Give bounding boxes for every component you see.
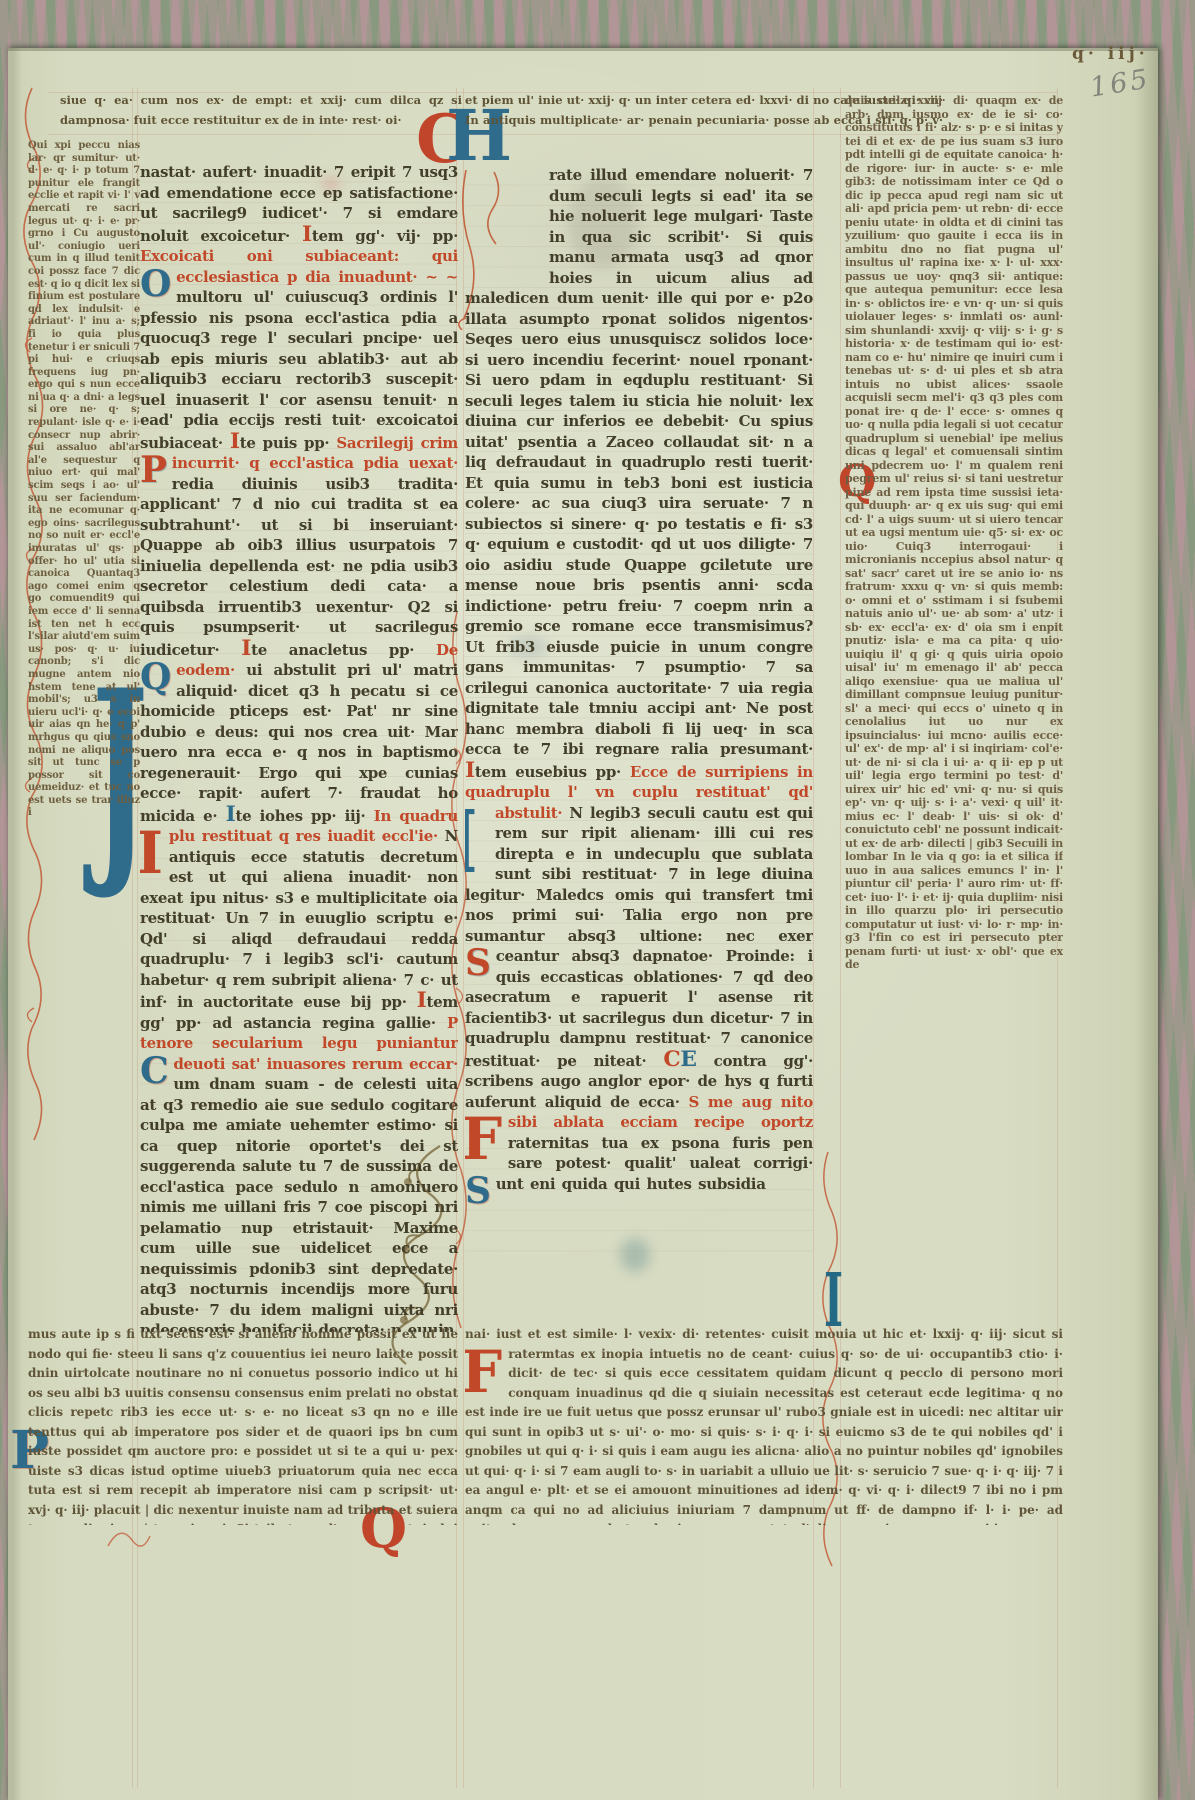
illuminated-initial: Q xyxy=(140,662,171,692)
body-text: redia diuinis usib3 tradita· applicant' … xyxy=(140,475,458,659)
rubric-text: Excoicati oni subiaceant: qui ecclesiast… xyxy=(140,247,458,286)
ruling-line xyxy=(813,88,814,1788)
right-margin-gloss: quis cuilz· xxiij· di· quaqm ex· de arb·… xyxy=(845,94,1063,1394)
folio-number: 165 xyxy=(1088,63,1153,103)
illuminated-initial: I xyxy=(465,803,477,883)
top-gloss-left: siue q· ea· cum nos ex· de empt: et xxij… xyxy=(60,90,462,134)
body-text: ui abstulit pri ul' matri aliquid· dicet… xyxy=(140,661,458,825)
body-text: tem gg'· vij· pp· xyxy=(312,227,458,245)
illuminated-initial: I xyxy=(230,429,240,454)
illuminated-initial: I xyxy=(140,826,163,880)
illuminated-initial: I xyxy=(226,802,236,827)
body-text: ratermtas ex inopia intuetis no de ceant… xyxy=(465,1347,1063,1526)
body-text: te iohes pp· iij· xyxy=(235,807,373,825)
ruling-line xyxy=(463,88,464,1788)
ruling-line xyxy=(840,88,841,1788)
page-top-edge xyxy=(8,48,1158,51)
body-text: N antiquis ecce statutis decretum est ut… xyxy=(140,827,458,1011)
body-text: rate illud emendare noluerit· 7 dum secu… xyxy=(465,166,813,758)
body-text: N legib3 seculi cautu est qui rem sur ri… xyxy=(465,804,813,966)
illuminated-initial: F xyxy=(465,1345,502,1399)
illuminated-initial: S xyxy=(465,1176,491,1206)
body-text: te anacletus pp· xyxy=(251,641,436,659)
illuminated-initial: I xyxy=(241,636,251,661)
illuminated-initial: C xyxy=(663,1047,680,1072)
illuminated-initial: I xyxy=(302,222,312,247)
main-column-2: rate illud emendare noluerit· 7 dum secu… xyxy=(465,165,813,1257)
body-text: te puis pp· xyxy=(240,434,337,452)
left-margin-gloss: Qui xpi peccu nias lar· qr sumitur· ut· … xyxy=(28,140,140,1148)
body-text: unt eni quida qui hutes subsidia xyxy=(496,1175,766,1193)
illuminated-initial: S xyxy=(465,948,491,978)
body-text: multoru ul' cuiuscuq3 ordinis l' pfessio… xyxy=(140,288,458,452)
main-column-1: nastat· aufert· inuadit· 7 eripit 7 usq3… xyxy=(140,162,458,1332)
body-text: um dnam suam - de celesti uita at q3 rem… xyxy=(140,1075,458,1332)
body-text: raternitas tua ex psona furis pen sare p… xyxy=(508,1134,813,1173)
quire-mark: q· iij· xyxy=(1072,44,1149,64)
illuminated-initial: O xyxy=(140,269,171,299)
illuminated-initial: I xyxy=(417,988,427,1013)
bottom-gloss-left: mus aute ip s fi uxt secus est· si alien… xyxy=(28,1325,458,1525)
illuminated-initial: F xyxy=(465,1112,502,1166)
illuminated-initial: C xyxy=(140,1056,168,1086)
illuminated-initial: E xyxy=(680,1047,696,1072)
illuminated-initial: I xyxy=(465,758,475,783)
photo-of-manuscript: { "meta": { "folio_number": "165", "quir… xyxy=(0,0,1195,1800)
body-text: tem eusebius pp· xyxy=(475,763,630,781)
bottom-gloss-right: nai· iust et est simile· l· vexix· di· r… xyxy=(465,1325,1063,1525)
illuminated-initial: P xyxy=(140,455,167,485)
manuscript-page: q· iij· 165 C H J P Q I Q siue q· ea· cu… xyxy=(8,48,1158,1800)
body-text: nai· iust et est simile· l· vexix· di· r… xyxy=(465,1327,1063,1341)
